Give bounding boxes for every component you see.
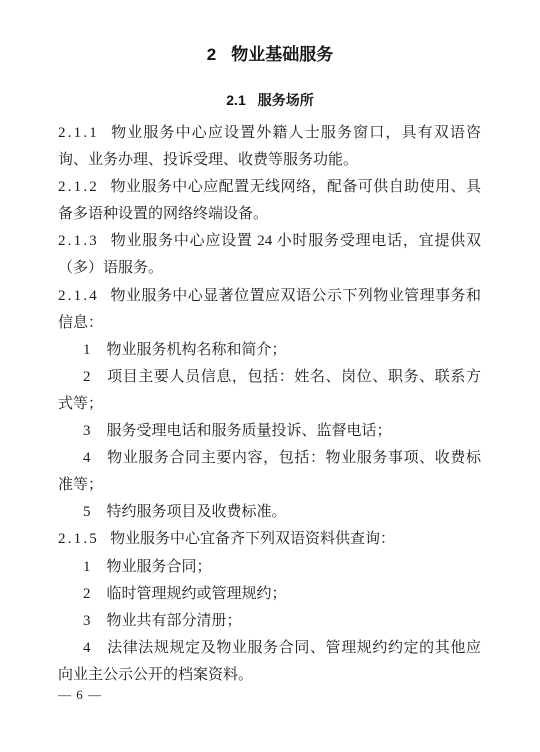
list-item: 3服务受理电话和服务质量投诉、监督电话； [58,418,481,445]
chapter-heading: 2物业基础服务 [0,44,540,66]
item-number: 5 [83,504,91,520]
paragraph-text: 物业服务中心宜备齐下列双语资料供查询： [110,531,395,547]
list-item: 4法律法规规定及物业服务合同、管理规约约定的其他应向业主公示公开的档案资料。 [58,635,481,689]
item-number: 3 [83,423,91,439]
document-page: 2物业基础服务 2.1服务场所 2.1.1物业服务中心应设置外籍人士服务窗口，具… [0,0,540,752]
clause-number: 2.1.2 [58,179,99,195]
paragraph-text: 物业服务中心应设置 24 小时服务受理电话，宜提供双（多）语服务。 [58,233,481,276]
paragraph-text: 物业服务中心显著位置应双语公示下列物业管理事务和信息： [58,288,481,331]
clause-list: 2.1.1物业服务中心应设置外籍人士服务窗口，具有双语咨询、业务办理、投诉受理、… [58,120,481,689]
paragraph-text: 项目主要人员信息，包括：姓名、岗位、职务、联系方式等； [58,369,481,412]
clause-number: 2.1.3 [58,233,99,249]
clause-paragraph: 2.1.2物业服务中心应配置无线网络，配备可供自助使用、具备多语种设置的网络终端… [58,174,481,228]
section-title: 服务场所 [258,92,314,108]
item-number: 4 [83,450,91,466]
chapter-number: 2 [207,45,216,64]
clause-paragraph: 2.1.5物业服务中心宜备齐下列双语资料供查询： [58,526,481,553]
paragraph-text: 物业服务机构名称和简介； [107,342,287,358]
clause-paragraph: 2.1.3物业服务中心应设置 24 小时服务受理电话，宜提供双（多）语服务。 [58,228,481,282]
item-number: 4 [83,640,91,656]
section-heading: 2.1服务场所 [0,91,540,110]
paragraph-text: 法律法规规定及物业服务合同、管理规约约定的其他应向业主公示公开的档案资料。 [58,640,481,683]
item-number: 3 [83,613,91,629]
paragraph-text: 物业共有部分清册； [107,613,242,629]
clause-number: 2.1.5 [58,531,99,547]
page-number: — 6 — [58,687,102,702]
paragraph-text: 特约服务项目及收费标准。 [107,504,287,520]
clause-number: 2.1.1 [58,125,99,141]
list-item: 2临时管理规约或管理规约； [58,581,481,608]
clause-number: 2.1.4 [58,288,99,304]
paragraph-text: 物业服务中心应配置无线网络，配备可供自助使用、具备多语种设置的网络终端设备。 [58,179,481,222]
paragraph-text: 服务受理电话和服务质量投诉、监督电话； [107,423,392,439]
paragraph-text: 物业服务中心应设置外籍人士服务窗口，具有双语咨询、业务办理、投诉受理、收费等服务… [58,125,481,168]
list-item: 1物业服务机构名称和简介； [58,337,481,364]
item-number: 1 [83,342,91,358]
clause-paragraph: 2.1.1物业服务中心应设置外籍人士服务窗口，具有双语咨询、业务办理、投诉受理、… [58,120,481,174]
list-item: 2项目主要人员信息，包括：姓名、岗位、职务、联系方式等； [58,364,481,418]
item-number: 1 [83,559,91,575]
section-number: 2.1 [226,92,245,108]
item-number: 2 [83,586,91,602]
paragraph-text: 物业服务合同主要内容，包括：物业服务事项、收费标准等； [58,450,481,493]
paragraph-text: 物业服务合同； [107,559,212,575]
list-item: 1物业服务合同； [58,554,481,581]
item-number: 2 [83,369,91,385]
clause-paragraph: 2.1.4物业服务中心显著位置应双语公示下列物业管理事务和信息： [58,283,481,337]
paragraph-text: 临时管理规约或管理规约； [107,586,287,602]
list-item: 4物业服务合同主要内容，包括：物业服务事项、收费标准等； [58,445,481,499]
list-item: 5特约服务项目及收费标准。 [58,499,481,526]
list-item: 3物业共有部分清册； [58,608,481,635]
chapter-title: 物业基础服务 [231,45,333,64]
